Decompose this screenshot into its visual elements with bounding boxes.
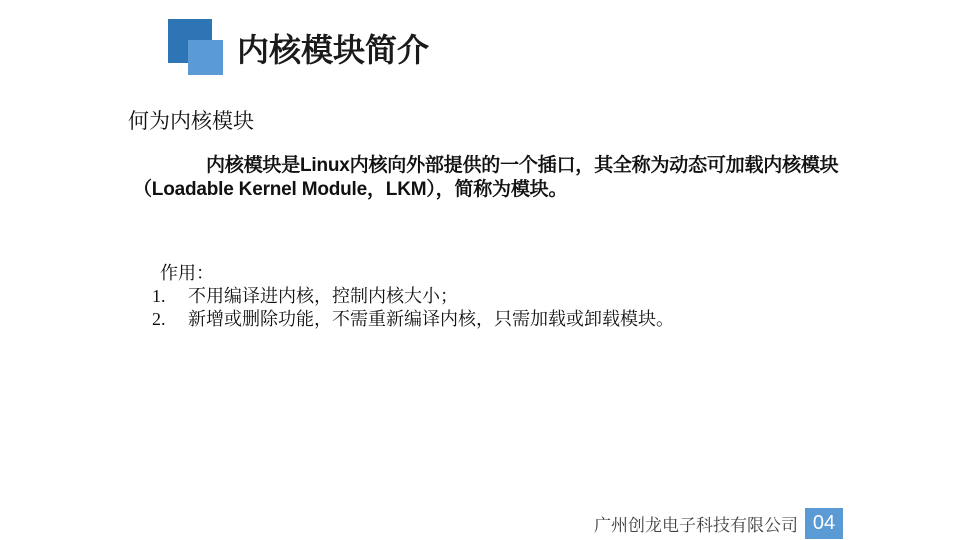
section-heading: 何为内核模块 <box>128 108 254 134</box>
footer-company-name: 广州创龙电子科技有限公司 <box>594 511 798 536</box>
list-item: 2. 新增或删除功能，不需重新编译内核，只需加载或卸载模块。 <box>152 308 674 331</box>
list-item-text: 不用编译进内核，控制内核大小； <box>188 285 458 308</box>
body-paragraph: 内核模块是Linux内核向外部提供的一个插口，其全称为动态可加载内核模块 （Lo… <box>133 154 873 202</box>
purpose-list: 作用： 1. 不用编译进内核，控制内核大小； 2. 新增或删除功能，不需重新编译… <box>152 262 674 331</box>
list-item-text: 新增或删除功能，不需重新编译内核，只需加载或卸载模块。 <box>188 308 674 331</box>
slide: 内核模块简介 何为内核模块 内核模块是Linux内核向外部提供的一个插口，其全称… <box>0 0 960 540</box>
paragraph-line-1: 内核模块是Linux内核向外部提供的一个插口，其全称为动态可加载内核模块 <box>133 154 873 178</box>
paragraph-line-2: （Loadable Kernel Module，LKM），简称为模块。 <box>133 178 873 202</box>
page-number-badge: 04 <box>805 508 843 539</box>
list-item-number: 1. <box>152 285 188 308</box>
slide-title: 内核模块简介 <box>237 32 429 68</box>
list-item: 1. 不用编译进内核，控制内核大小； <box>152 285 674 308</box>
footer: 广州创龙电子科技有限公司 04 <box>594 507 843 540</box>
decoration-light-square <box>188 40 223 75</box>
title-decoration <box>168 19 224 76</box>
list-item-number: 2. <box>152 308 188 331</box>
purpose-heading: 作用： <box>152 262 674 285</box>
